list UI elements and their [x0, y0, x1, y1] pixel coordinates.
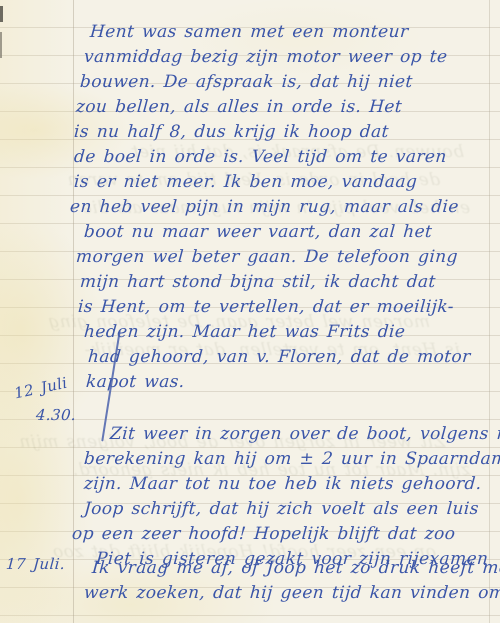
handwritten-line: kapot was. [85, 370, 471, 395]
handwritten-line: bouwen. De afspraak is, dat hij niet [79, 70, 471, 95]
scan-edge-mark [0, 32, 2, 58]
handwritten-line: Zit weer in zorgen over de boot, volgens… [109, 422, 500, 447]
handwritten-line: zijn. Maar tot nu toe heb ik niets gehoo… [83, 472, 500, 497]
handwritten-line: vanmiddag bezig zijn motor weer op te [83, 45, 471, 70]
margin-date-17-juli: 17 Juli. [5, 552, 66, 577]
scanned-letter-page: bouwen. De afspraak is, dat hij niet de … [0, 0, 500, 623]
margin-date-12-juli: 12 Juli [12, 371, 70, 407]
handwritten-line: Joop schrijft, dat hij zich voelt als ee… [83, 497, 500, 522]
diary-entry-1: Hent was samen met een monteur vanmiddag… [76, 20, 471, 395]
handwritten-line: en heb veel pijn in mijn rug, maar als d… [69, 195, 471, 220]
handwritten-line: de boel in orde is. Veel tijd om te vare… [73, 145, 471, 170]
handwritten-line: op een zeer hoofd! Hopelijk blijft dat z… [71, 522, 500, 547]
handwritten-line: morgen wel beter gaan. De telefoon ging [75, 245, 471, 270]
diary-entry-2: Zit weer in zorgen over de boot, volgens… [84, 422, 500, 572]
handwritten-line: werk zoeken, dat hij geen tijd kan vinde… [83, 581, 500, 606]
handwritten-line: heden zijn. Maar het was Frits die [83, 320, 471, 345]
handwritten-line: is Hent, om te vertellen, dat er moeilij… [77, 295, 471, 320]
scan-edge-mark [0, 6, 3, 22]
handwritten-line: Ik vraag me af, of Joop het zo druk heef… [91, 556, 500, 581]
margin-time-4-30: 4.30. [35, 403, 77, 428]
handwritten-line: Hent was samen met een monteur [89, 20, 471, 45]
diary-entry-3: Ik vraag me af, of Joop het zo druk heef… [92, 556, 500, 606]
handwritten-line: is nu half 8, dus krijg ik hoop dat [73, 120, 471, 145]
handwritten-line: zou bellen, als alles in orde is. Het [75, 95, 471, 120]
handwritten-line: had gehoord, van v. Floren, dat de motor [87, 345, 471, 370]
handwritten-line: boot nu maar weer vaart, dan zal het [83, 220, 471, 245]
handwritten-line: berekening kan hij om ± 2 uur in Spaarnd… [83, 447, 500, 472]
handwritten-line: mijn hart stond bijna stil, ik dacht dat [79, 270, 471, 295]
handwritten-line: is er niet meer. Ik ben moe, vandaag [73, 170, 471, 195]
